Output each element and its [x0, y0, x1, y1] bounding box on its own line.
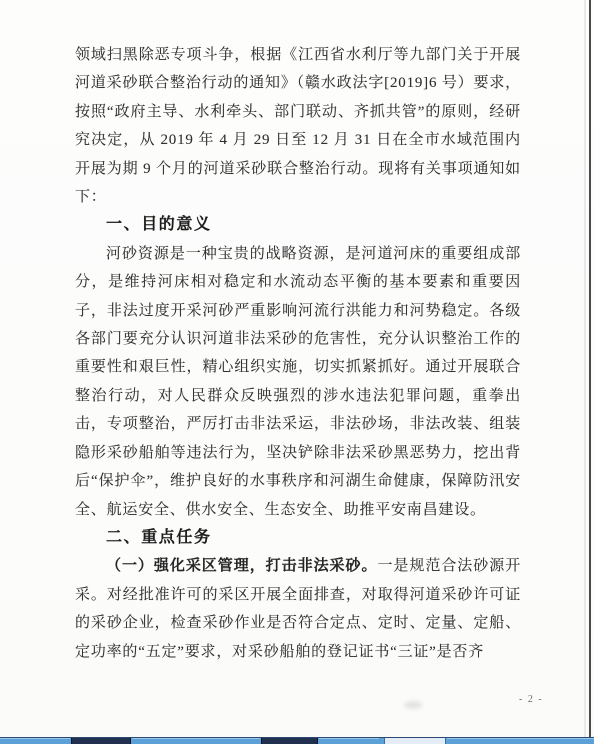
taskbar-button[interactable] — [447, 738, 594, 744]
document-text-block: 领域扫黑除恶专项斗争，根据《江西省水利厅等九部门关于开展河道采砂联合整治行动的通… — [75, 41, 521, 666]
taskbar-button[interactable] — [319, 738, 379, 744]
page-number: - 2 - — [519, 694, 543, 705]
subsection-lead-label: （一）强化采区管理，打击非法采砂。 — [106, 558, 377, 574]
taskbar-button[interactable] — [261, 738, 318, 744]
section-heading-purpose: 一、目的意义 — [75, 211, 521, 239]
paragraph-purpose: 河砂资源是一种宝贵的战略资源，是河道河床的重要组成部分，是维持河床相对稳定和水流… — [75, 240, 521, 524]
page-edge-shadow — [584, 0, 586, 737]
paragraph-key-task-1: （一）强化采区管理，打击非法采砂。一是规范合法砂源开采。对经批准许可的采区开展全… — [75, 552, 521, 666]
section-heading-key-tasks: 二、重点任务 — [75, 524, 521, 552]
taskbar-button[interactable] — [384, 738, 446, 744]
taskbar-button[interactable] — [71, 738, 131, 744]
taskbar-button[interactable] — [0, 738, 70, 744]
taskbar-button[interactable] — [132, 738, 260, 744]
scan-smudge — [404, 701, 422, 709]
screen: 领域扫黑除恶专项斗争，根据《江西省水利厅等九部门关于开展河道采砂联合整治行动的通… — [0, 0, 594, 744]
paragraph-continuation: 领域扫黑除恶专项斗争，根据《江西省水利厅等九部门关于开展河道采砂联合整治行动的通… — [75, 41, 521, 211]
taskbar — [0, 737, 594, 744]
scanned-document-page: 领域扫黑除恶专项斗争，根据《江西省水利厅等九部门关于开展河道采砂联合整治行动的通… — [0, 0, 594, 737]
page-edge-line — [589, 0, 591, 737]
